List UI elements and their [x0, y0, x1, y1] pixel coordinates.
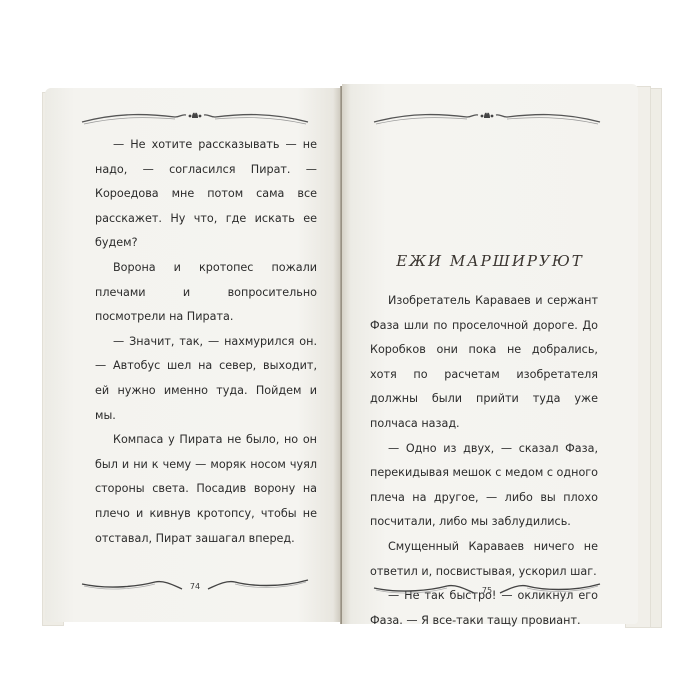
- top-ornament: [372, 108, 602, 128]
- right-page: ЕЖИ МАРШИРУЮТ Изобретатель Караваев и се…: [342, 84, 638, 624]
- paragraph: Смущенный Караваев ничего не ответил и, …: [370, 535, 598, 584]
- left-page-text: — Не хотите рассказывать — не надо, — со…: [95, 133, 317, 551]
- open-book: — Не хотите рассказывать — не надо, — со…: [0, 0, 700, 700]
- left-page: — Не хотите рассказывать — не надо, — со…: [45, 88, 342, 622]
- paragraph: Компаса у Пирата не было, но он был и ни…: [95, 428, 317, 551]
- paragraph: — Одно из двух, — сказал Фаза, перекидыв…: [370, 437, 598, 535]
- page-number: 75: [477, 586, 497, 595]
- paragraph: — Не хотите рассказывать — не надо, — со…: [95, 133, 317, 256]
- chapter-title: ЕЖИ МАРШИРУЮТ: [342, 252, 638, 270]
- paragraph: — Значит, так, — нахмурился он. — Автобу…: [95, 330, 317, 428]
- top-ornament: [80, 108, 310, 128]
- paragraph: Изобретатель Караваев и сержант Фаза шли…: [370, 289, 598, 437]
- paragraph: Ворона и кротопес пожали плечами и вопро…: [95, 256, 317, 330]
- page-number: 74: [185, 582, 205, 591]
